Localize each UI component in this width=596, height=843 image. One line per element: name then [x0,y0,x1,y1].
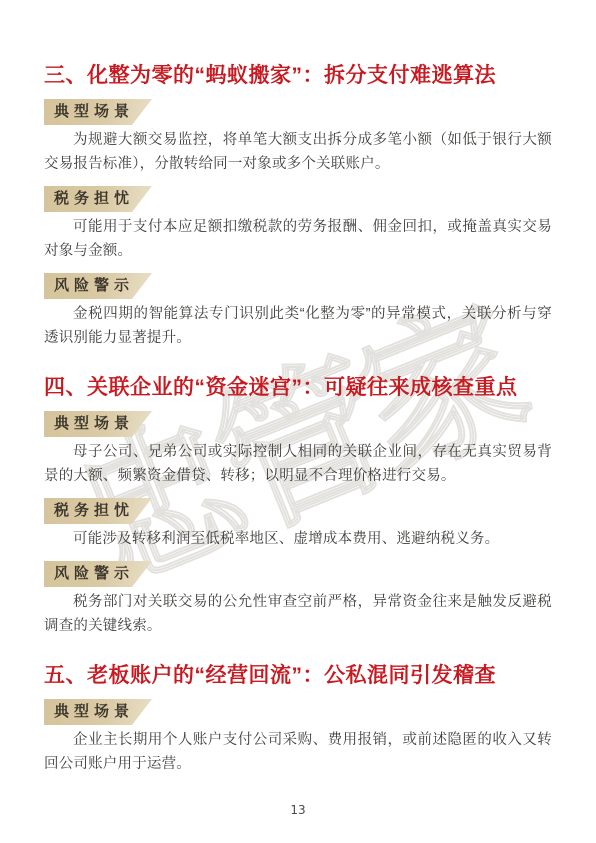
badge-typical-scenario: 典型场景 [44,411,152,437]
document-page: 忠管家 三、化整为零的“蚂蚁搬家”：拆分支付难逃算法 典型场景 为规避大额交易监… [0,0,596,843]
paragraph-tax-concern: 可能涉及转移利润至低税率地区、虚增成本费用、逃避纳税义务。 [44,527,552,551]
paragraph-risk-warning: 税务部门对关联交易的公允性审查空前严格，异常资金往来是触发反避税调查的关键线索。 [44,590,552,638]
badge-tax-concern: 税务担忧 [44,498,152,524]
page-number: 13 [290,803,305,817]
section-heading-5: 五、老板账户的“经营回流”：公私混同引发稽查 [44,662,552,689]
paragraph-risk-warning: 金税四期的智能算法专门识别此类“化整为零”的异常模式，关联分析与穿透识别能力显著… [44,302,552,350]
paragraph-typical-scenario: 为规避大额交易监控，将单笔大额支出拆分成多笔小额（如低于银行大额交易报告标准），… [44,128,552,176]
page-footer: 13 [0,801,596,819]
paragraph-typical-scenario: 母子公司、兄弟公司或实际控制人相同的关联企业间，存在无真实贸易背景的大额、频繁资… [44,440,552,488]
badge-risk-warning: 风险警示 [44,561,152,587]
badge-typical-scenario: 典型场景 [44,699,152,725]
section-heading-4: 四、关联企业的“资金迷宫”：可疑往来成核查重点 [44,374,552,401]
badge-tax-concern: 税务担忧 [44,186,152,212]
paragraph-tax-concern: 可能用于支付本应足额扣缴税款的劳务报酬、佣金回扣，或掩盖真实交易对象与金额。 [44,215,552,263]
section-heading-3: 三、化整为零的“蚂蚁搬家”：拆分支付难逃算法 [44,62,552,89]
badge-typical-scenario: 典型场景 [44,99,152,125]
badge-risk-warning: 风险警示 [44,273,152,299]
page-content: 三、化整为零的“蚂蚁搬家”：拆分支付难逃算法 典型场景 为规避大额交易监控，将单… [0,0,596,776]
paragraph-typical-scenario: 企业主长期用个人账户支付公司采购、费用报销，或前述隐匿的收入又转回公司账户用于运… [44,728,552,776]
